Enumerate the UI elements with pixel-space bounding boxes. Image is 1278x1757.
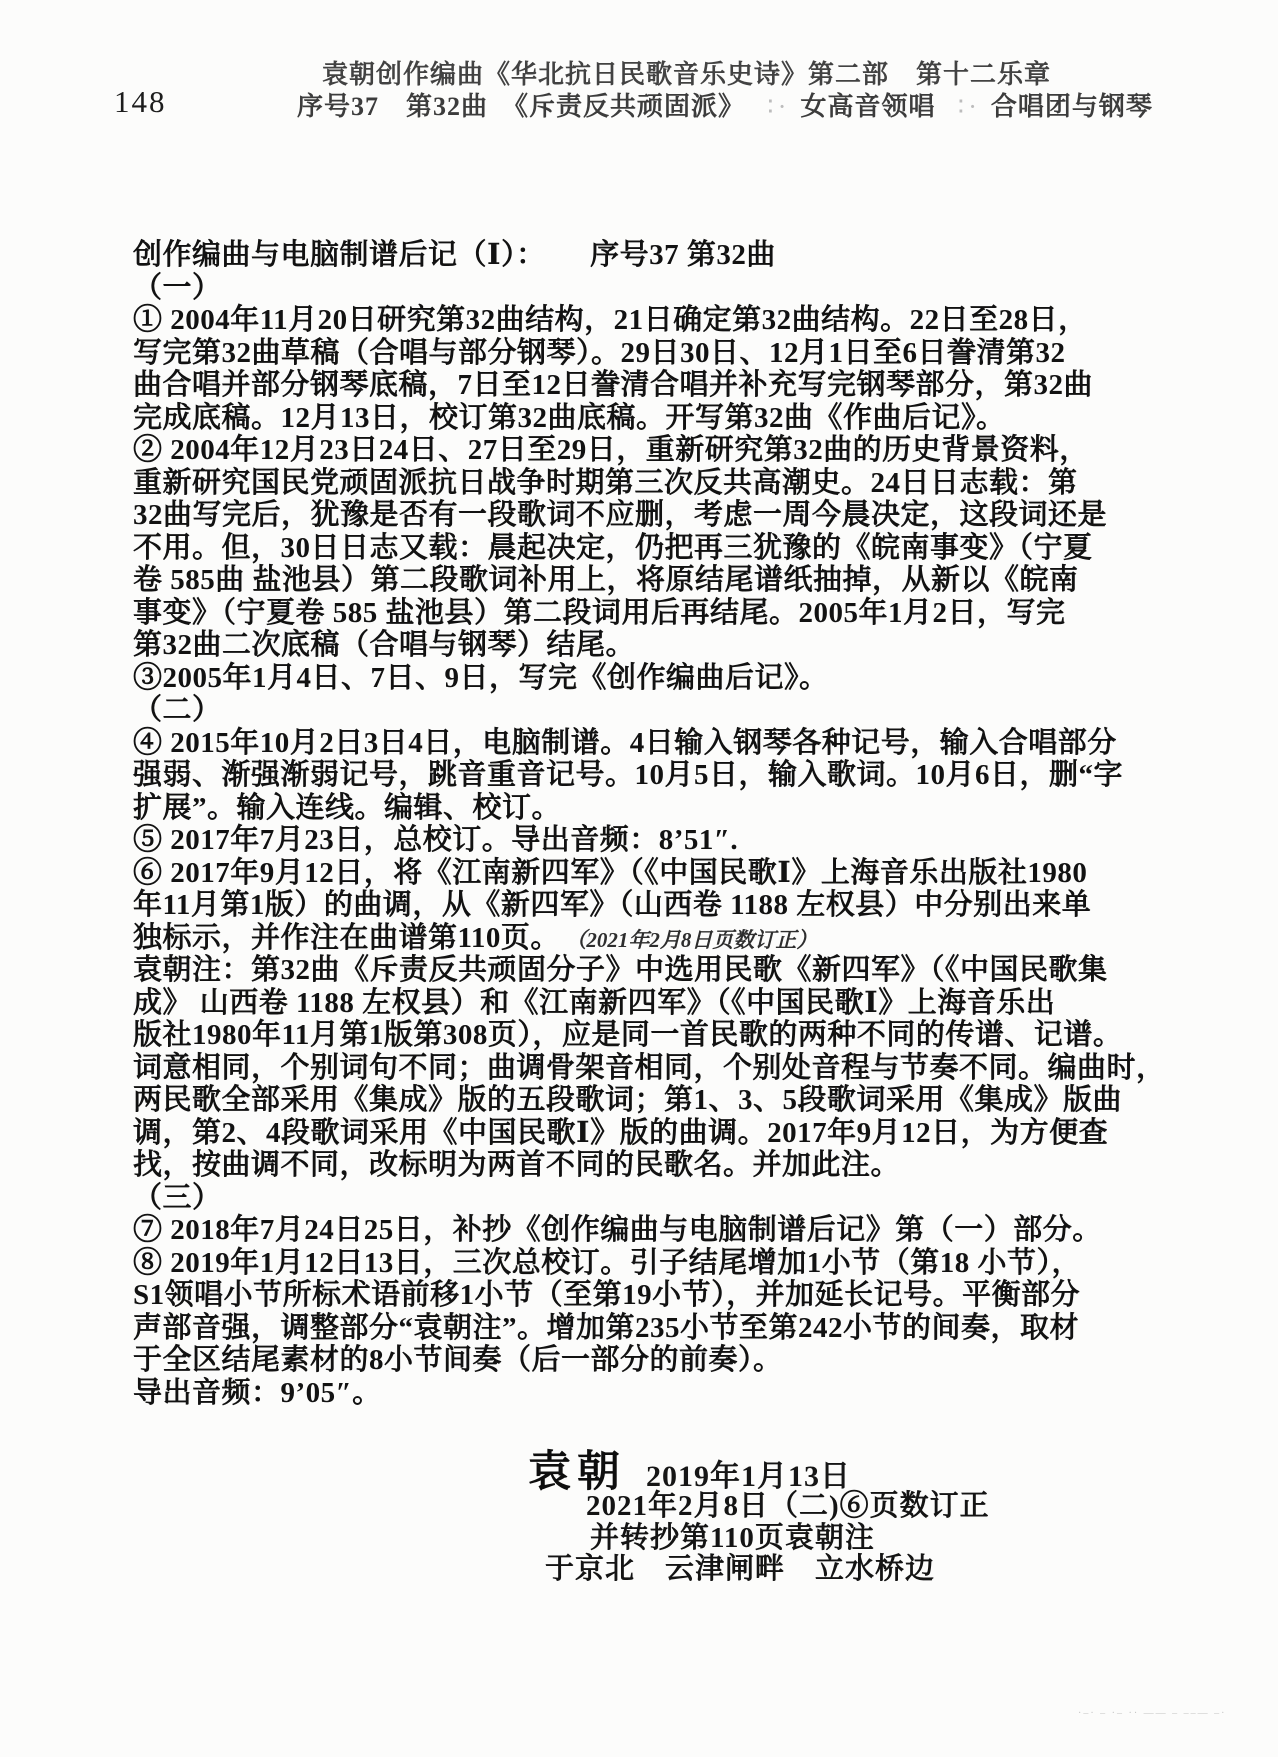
text-line: 版社1980年11月第1版第308页），应是同一首民歌的两种不同的传谱、记谱。 [133, 1019, 1166, 1052]
text-line: 强弱、渐强渐弱记号，跳音重音记号。10月5日，输入歌词。10月6日，删“字 [133, 759, 1166, 792]
text-line: 写完第32曲草稿（合唱与部分钢琴）。29日30日、12月1日至6日誊清第32 [133, 337, 1166, 370]
text-line: ② 2004年12月23日24日、27日至29日，重新研究第32曲的历史背景资料… [133, 434, 1166, 467]
section-marker-2: （二） [133, 694, 1166, 727]
header-line2-choir-piano: 合唱团与钢琴 [991, 92, 1153, 121]
text-line: ⑤ 2017年7月23日，总校订。导出音频：8’51″. [133, 824, 1166, 857]
text-line: S1领唱小节所标术语前移1小节（至第19小节），并加延长记号。平衡部分 [133, 1279, 1166, 1312]
text-line: 不用。但，30日日志又载：晨起决定，仍把再三犹豫的《皖南事变》（宁夏 [133, 532, 1166, 565]
text-line-with-note: 独标示，并作注在曲谱第110页。（2021年2月8日页数订正） [133, 922, 1166, 955]
text-line: 曲合唱并部分钢琴底稿，7日至12日誊清合唱并补充写完钢琴部分，第32曲 [133, 369, 1166, 402]
text-line: 成》 山西卷 1188 左权县）和《江南新四军》（《中国民歌Ⅰ》上海音乐出 [133, 987, 1166, 1020]
text-line: 导出音频：9’05″。 [133, 1377, 1166, 1410]
text-line: 词意相同，个别词句不同；曲调骨架音相同，个别处音程与节奏不同。编曲时， [133, 1052, 1166, 1085]
faded-mark: ∶· [957, 92, 980, 121]
text-line: 年11月第1版）的曲调，从《新四军》（山西卷 1188 左权县）中分别出来单 [133, 889, 1166, 922]
section-marker-3: （三） [133, 1182, 1166, 1215]
text-line: 声部音强，调整部分“袁朝注”。增加第235小节至第242小节的间奏，取材 [133, 1312, 1166, 1345]
text-line: ⑥ 2017年9月12日，将《江南新四军》（《中国民歌Ⅰ》上海音乐出版社1980 [133, 857, 1166, 890]
text-line: 卷 585曲 盐池县）第二段歌词补用上，将原结尾谱纸抽掉，从新以《皖南 [133, 564, 1166, 597]
text-line: 完成底稿。12月13日，校订第32曲底稿。开写第32曲《作曲后记》。 [133, 402, 1166, 435]
section-marker-1: （一） [133, 272, 1166, 305]
header-line2-soprano: 女高音领唱 [800, 92, 935, 121]
page-number: 148 [114, 84, 167, 120]
section-title: 创作编曲与电脑制谱后记（Ⅰ）： 序号37 第32曲 [133, 239, 1166, 272]
body-text: 创作编曲与电脑制谱后记（Ⅰ）： 序号37 第32曲 （一） ① 2004年11月… [133, 239, 1166, 1409]
text-line: 重新研究国民党顽固派抗日战争时期第三次反共高潮史。24日日志载：第 [133, 467, 1166, 500]
text-line: 32曲写完后，犹豫是否有一段歌词不应删，考虑一周今晨决定，这段词还是 [133, 499, 1166, 532]
document-page: 袁朝创作编曲《华北抗日民歌音乐史诗》第二部 第十二乐章 148 序号37 第32… [0, 0, 1278, 1757]
text-line: 第32曲二次底稿（合唱与钢琴）结尾。 [133, 629, 1166, 662]
text-line: ⑦ 2018年7月24日25日，补抄《创作编曲与电脑制谱后记》第（一）部分。 [133, 1214, 1166, 1247]
text-line: ⑧ 2019年1月12日13日，三次总校订。引子结尾增加1小节（第18 小节）， [133, 1247, 1166, 1280]
header-line2-song-info: 序号37 第32曲 《斥责反共顽固派》 [297, 92, 745, 121]
text-line: 事变》（宁夏卷 585 盐池县）第二段词用后再结尾。2005年1月2日，写完 [133, 597, 1166, 630]
author-signature: 袁朝 [528, 1449, 626, 1496]
signature-date: 2019年1月13日 [646, 1460, 851, 1493]
header-line2: 序号37 第32曲 《斥责反共顽固派》∶·女高音领唱∶·合唱团与钢琴 [297, 92, 1153, 122]
text-line: 独标示，并作注在曲谱第110页。 [133, 922, 560, 954]
text-line: ④ 2015年10月2日3日4日，电脑制谱。4日输入钢琴各种记号，输入合唱部分 [133, 727, 1166, 760]
text-line: 两民歌全部采用《集成》版的五段歌词；第1、3、5段歌词采用《集成》版曲 [133, 1084, 1166, 1117]
text-line: 找，按曲调不同，改标明为两首不同的民歌名。并加此注。 [133, 1149, 1166, 1182]
signature-line-3: 并转抄第110页袁朝注 [590, 1522, 875, 1554]
text-line: 于全区结尾素材的8小节间奏（后一部分的前奏）。 [133, 1344, 1166, 1377]
text-line: 袁朝注：第32曲《斥责反共顽固分子》中选用民歌《新四军》（《中国民歌集 [133, 954, 1166, 987]
text-line: 调，第2、4段歌词采用《中国民歌Ⅰ》版的曲调。2017年9月12日，为方便查 [133, 1117, 1166, 1150]
header-line1: 袁朝创作编曲《华北抗日民歌音乐史诗》第二部 第十二乐章 [322, 60, 1051, 90]
page-correction-note: （2021年2月8日页数订正） [576, 928, 818, 952]
signature-line-2: 2021年2月8日（二)⑥页数订正 [586, 1490, 990, 1522]
signature-line-4: 于京北 云津闸畔 立水桥边 [545, 1553, 935, 1585]
faint-watermark: ·–· – ·– ·· —— – ––— –· [1078, 1708, 1248, 1719]
text-line: ① 2004年11月20日研究第32曲结构，21日确定第32曲结构。22日至28… [133, 304, 1166, 337]
text-line: ③2005年1月4日、7日、9日，写完《创作编曲后记》。 [133, 662, 1166, 695]
faded-mark: ∶· [767, 92, 790, 121]
text-line: 扩展”。输入连线。编辑、校订。 [133, 792, 1166, 825]
